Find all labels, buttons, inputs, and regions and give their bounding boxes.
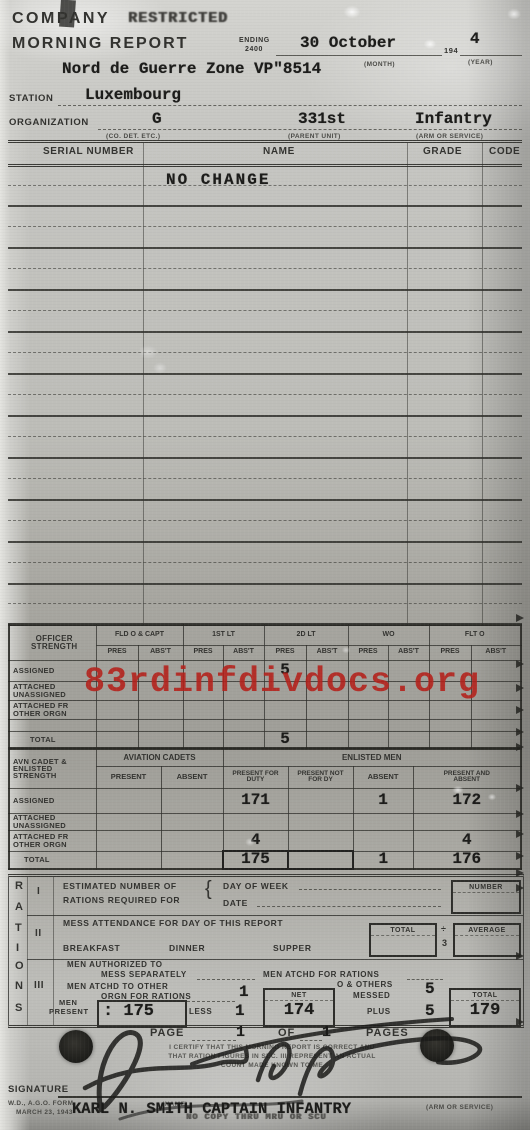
morning-report-scan: COMPANY RESTRICTED MORNING REPORT ENDING… [0, 0, 530, 1130]
signature-scrawl [0, 0, 530, 1130]
